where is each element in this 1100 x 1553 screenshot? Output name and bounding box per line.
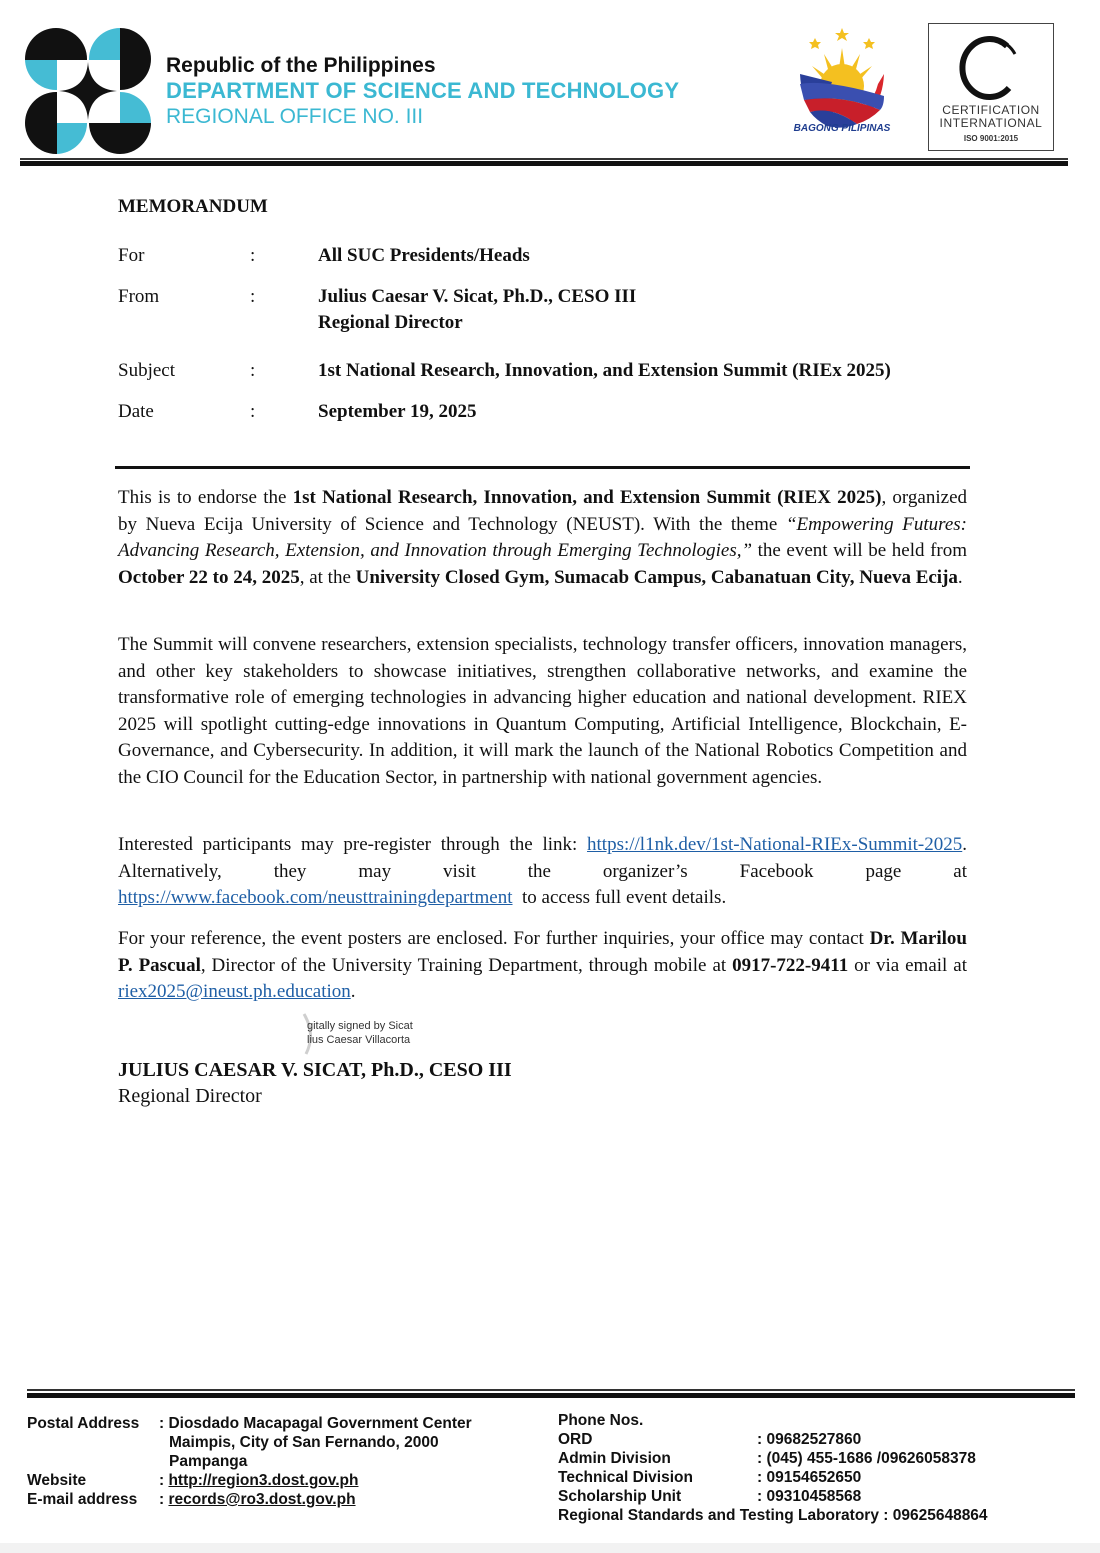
- signatory-title: Regional Director: [118, 1085, 262, 1108]
- footer-divider-thin: [27, 1389, 1075, 1391]
- text: .: [958, 567, 963, 588]
- phone-label-technical: Technical Division: [558, 1468, 693, 1487]
- footer-contact-left: Postal Address : Diosdado Macapagal Gove…: [27, 1414, 547, 1514]
- memo-value-position: Regional Director: [318, 310, 1018, 336]
- header-divider: [20, 161, 1068, 166]
- contact-mobile: 0917-722-9411: [732, 955, 848, 976]
- text: to access full event details.: [513, 887, 727, 908]
- phone-value-technical: : 09154652650: [757, 1468, 861, 1487]
- memo-value: September 19, 2025: [318, 399, 1018, 425]
- footer-postal-address-2: Maimpis, City of San Fernando, 2000: [169, 1433, 439, 1452]
- text: or via email at: [848, 955, 967, 976]
- agency-header: Republic of the Philippines DEPARTMENT O…: [166, 53, 679, 129]
- paragraph-registration: Interested participants may pre-register…: [118, 832, 967, 912]
- paragraph-inquiries: For your reference, the event posters ar…: [118, 926, 967, 1006]
- iso-standard: ISO 9001:2015: [929, 134, 1053, 143]
- phone-label-ord: ORD: [558, 1430, 592, 1449]
- bagong-pilipinas-label: BAGONG PILIPINAS: [782, 123, 902, 134]
- text: Interested participants may pre-register…: [118, 834, 587, 855]
- memo-label: From: [118, 284, 238, 310]
- memo-colon: :: [250, 399, 255, 425]
- memo-label: Subject: [118, 358, 238, 384]
- header-divider-thin: [20, 158, 1068, 160]
- signatory-name: JULIUS CAESAR V. SICAT, Ph.D., CESO III: [118, 1059, 512, 1082]
- event-venue: University Closed Gym, Sumacab Campus, C…: [356, 567, 958, 588]
- text: , Director of the University Training De…: [201, 955, 732, 976]
- phone-value-admin: : (045) 455-1686 /09626058378: [757, 1449, 976, 1468]
- memo-divider: [115, 466, 970, 469]
- paragraph-endorsement: This is to endorse the 1st National Rese…: [118, 485, 967, 591]
- text: For your reference, the event posters ar…: [118, 928, 870, 949]
- footer-phone-numbers: Phone Nos. ORD : 09682527860 Admin Divis…: [558, 1411, 1078, 1531]
- department-name: DEPARTMENT OF SCIENCE AND TECHNOLOGY: [166, 78, 679, 104]
- footer-divider: [27, 1393, 1075, 1398]
- memo-value: Julius Caesar V. Sicat, Ph.D., CESO III: [318, 284, 1018, 310]
- phone-heading: Phone Nos.: [558, 1411, 643, 1430]
- footer-postal-address: : Diosdado Macapagal Government Center: [159, 1414, 472, 1433]
- memo-title: MEMORANDUM: [118, 196, 268, 218]
- text: This is to endorse the: [118, 487, 293, 508]
- page-bottom-edge: [0, 1543, 1100, 1553]
- memo-colon: :: [250, 358, 255, 384]
- phone-label-admin: Admin Division: [558, 1449, 671, 1468]
- paragraph-summit-description: The Summit will convene researchers, ext…: [118, 632, 967, 791]
- registration-link[interactable]: https://l1nk.dev/1st-National-RIEx-Summi…: [587, 834, 962, 855]
- memo-colon: :: [250, 243, 255, 269]
- event-name: 1st National Research, Innovation, and E…: [293, 487, 882, 508]
- phone-value-scholarship: : 09310458568: [757, 1487, 861, 1506]
- event-dates: October 22 to 24, 2025: [118, 567, 300, 588]
- digital-signature-line2: lius Caesar Villacorta: [307, 1034, 410, 1046]
- memo-value: 1st National Research, Innovation, and E…: [318, 358, 1018, 384]
- footer-email-link[interactable]: records@ro3.dost.gov.ph: [168, 1491, 355, 1508]
- footer-website-link[interactable]: http://region3.dost.gov.ph: [168, 1472, 358, 1489]
- iso-certification-badge: CERTIFICATION INTERNATIONAL ISO 9001:201…: [928, 23, 1054, 151]
- contact-email-link[interactable]: riex2025@ineust.ph.education: [118, 981, 351, 1002]
- republic-label: Republic of the Philippines: [166, 53, 679, 78]
- digital-signature-line1: gitally signed by Sicat: [307, 1020, 413, 1032]
- dost-logo-icon: [24, 27, 152, 155]
- phone-rstl: Regional Standards and Testing Laborator…: [558, 1506, 988, 1525]
- memo-label: Date: [118, 399, 238, 425]
- text: , at the: [300, 567, 356, 588]
- text: the event will be held from: [752, 540, 967, 561]
- footer-label-postal: Postal Address: [27, 1414, 139, 1433]
- footer-label-email: E-mail address: [27, 1490, 137, 1509]
- facebook-page-link[interactable]: https://www.facebook.com/neusttrainingde…: [118, 887, 513, 908]
- memo-label: For: [118, 243, 238, 269]
- memo-value: All SUC Presidents/Heads: [318, 243, 1018, 269]
- footer-postal-address-3: Pampanga: [169, 1452, 247, 1471]
- iso-label-international: INTERNATIONAL: [929, 117, 1053, 130]
- phone-label-scholarship: Scholarship Unit: [558, 1487, 681, 1506]
- memo-colon: :: [250, 284, 255, 310]
- footer-label-website: Website: [27, 1471, 86, 1490]
- text: .: [351, 981, 356, 1002]
- iso-ring-icon: [957, 34, 1019, 102]
- regional-office-name: REGIONAL OFFICE NO. III: [166, 104, 679, 129]
- phone-value-ord: : 09682527860: [757, 1430, 861, 1449]
- bagong-pilipinas-logo-icon: [782, 24, 902, 139]
